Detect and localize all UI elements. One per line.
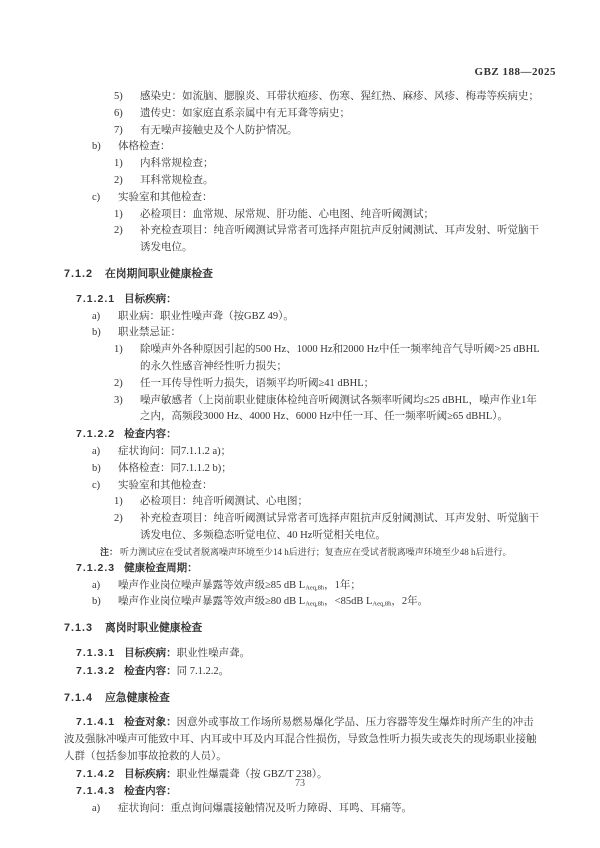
document-body: 5)感染史：如流脑、腮腺炎、耳带状疱疹、伤寒、猩红热、麻疹、风疹、梅毒等疾病史；… <box>64 89 542 818</box>
item-text: 职业病：职业性噪声聋（按GBZ 49）。 <box>118 309 542 326</box>
clause-title: 应急健康检查 <box>105 692 170 704</box>
list-item: b)职业禁忌证： <box>64 325 542 342</box>
subclause-number: 7.1.3.1 <box>76 647 115 659</box>
list-item: a)职业病：职业性噪声聋（按GBZ 49）。 <box>64 309 542 326</box>
item-label: 1) <box>114 207 140 224</box>
note-line: 注：听力测试应在受试者脱离噪声环境至少14 h后进行；复查应在受试者脱离噪声环境… <box>100 545 542 560</box>
list-item: c)实验室和其他检查： <box>64 478 542 495</box>
subclause-title: 健康检查周期： <box>124 562 198 574</box>
list-item: c)实验室和其他检查： <box>64 190 542 207</box>
item-label: b) <box>92 461 118 478</box>
subclause-number: 7.1.2.3 <box>76 562 115 574</box>
item-label: 7) <box>114 123 140 140</box>
item-label: 2) <box>114 173 140 190</box>
item-label: 1) <box>114 494 140 511</box>
list-item: 2)任一耳传导性听力损失，语频平均听阈≥41 dBHL； <box>64 376 542 393</box>
clause-heading: 7.1.4应急健康检查 <box>64 690 542 707</box>
list-item: 1)必检项目：纯音听阈测试、心电图； <box>64 494 542 511</box>
item-label: b) <box>92 139 118 156</box>
item-label: b) <box>92 325 118 342</box>
subclause-number: 7.1.3.2 <box>76 665 115 677</box>
item-label: c) <box>92 478 118 495</box>
item-label: 2) <box>114 223 140 257</box>
item-text: 任一耳传导性听力损失，语频平均听阈≥41 dBHL； <box>140 376 542 393</box>
item-text: 症状询问：同7.1.1.2 a)； <box>118 444 542 461</box>
subclause-heading: 7.1.2.3健康检查周期： <box>64 560 542 578</box>
note-label: 注： <box>100 545 120 560</box>
item-label: 2) <box>114 376 140 393</box>
item-label: 1) <box>114 156 140 173</box>
subclause-title: 检查对象： <box>124 716 177 728</box>
clause-number: 7.1.4 <box>64 692 93 704</box>
list-item: 1)除噪声外各种原因引起的500 Hz、1000 Hz和2000 Hz中任一频率… <box>64 342 542 376</box>
clause-number: 7.1.2 <box>64 268 93 280</box>
subclause-heading: 7.1.3.1目标疾病：职业性噪声聋。 <box>64 645 542 663</box>
item-text: 补充检查项目：纯音听阈测试异常者可选择声阻抗声反射阈测试、耳声发射、听觉脑干诱发… <box>140 223 542 257</box>
list-item: 2)耳科常规检查。 <box>64 173 542 190</box>
item-text: 体格检查：同7.1.1.2 b)； <box>118 461 542 478</box>
item-text: 噪声敏感者（上岗前职业健康体检纯音听阈测试各频率听阈均≤25 dBHL，噪声作业… <box>140 393 542 427</box>
list-item: a)噪声作业岗位噪声暴露等效声级≥85 dB LAeq,8h，1年； <box>64 578 542 595</box>
item-text: 耳科常规检查。 <box>140 173 542 190</box>
clause-heading: 7.1.2在岗期间职业健康检查 <box>64 266 542 283</box>
text-run: ，<85dB L <box>324 596 372 607</box>
document-page: GBZ 188—2025 5)感染史：如流脑、腮腺炎、耳带状疱疹、伤寒、猩红热、… <box>0 0 600 848</box>
item-text: 噪声作业岗位噪声暴露等效声级≥80 dB LAeq,8h，<85dB LAeq,… <box>118 594 542 611</box>
list-item: 2)补充检查项目：纯音听阈测试异常者可选择声阻抗声反射阈测试、耳声发射、听觉脑干… <box>64 223 542 257</box>
item-text: 实验室和其他检查： <box>118 478 542 495</box>
clause-heading: 7.1.3离岗时职业健康检查 <box>64 620 542 637</box>
clause-number: 7.1.3 <box>64 622 93 634</box>
item-label: 2) <box>114 511 140 545</box>
item-label: b) <box>92 594 118 611</box>
text-run: 噪声作业岗位噪声暴露等效声级≥80 dB L <box>118 596 305 607</box>
list-item: 7)有无噪声接触史及个人防护情况。 <box>64 123 542 140</box>
subclause-title: 目标疾病： <box>124 647 177 659</box>
clause-title: 在岗期间职业健康检查 <box>105 268 213 280</box>
item-text: 职业禁忌证： <box>118 325 542 342</box>
item-text: 必检项目：血常规、尿常规、肝功能、心电图、纯音听阈测试； <box>140 207 542 224</box>
item-text: 体格检查： <box>118 139 542 156</box>
subclause-number: 7.1.4.1 <box>76 716 115 728</box>
item-text: 感染史：如流脑、腮腺炎、耳带状疱疹、伤寒、猩红热、麻疹、风疹、梅毒等疾病史； <box>140 89 542 106</box>
subclause-number: 7.1.2.2 <box>76 428 115 440</box>
subclause-title: 检查内容： <box>124 665 177 677</box>
subscript-text: Aeq,8h <box>305 584 324 591</box>
subclause-text: 同 7.1.2.2。 <box>177 666 230 677</box>
item-label: 6) <box>114 106 140 123</box>
item-text: 遗传史：如家庭直系亲属中有无耳聋等病史； <box>140 106 542 123</box>
list-item: 1)必检项目：血常规、尿常规、肝功能、心电图、纯音听阈测试； <box>64 207 542 224</box>
subscript-text: Aeq,8h <box>305 601 324 608</box>
subclause-paragraph: 7.1.4.1检查对象：因意外或事故工作场所易燃易爆化学品、压力容器等发生爆炸时… <box>64 714 542 765</box>
list-item: 3)噪声敏感者（上岗前职业健康体检纯音听阈测试各频率听阈均≤25 dBHL，噪声… <box>64 393 542 427</box>
list-item: 5)感染史：如流脑、腮腺炎、耳带状疱疹、伤寒、猩红热、麻疹、风疹、梅毒等疾病史； <box>64 89 542 106</box>
page-number: 73 <box>0 778 600 789</box>
list-item: b)体格检查： <box>64 139 542 156</box>
list-item: b)噪声作业岗位噪声暴露等效声级≥80 dB LAeq,8h，<85dB LAe… <box>64 594 542 611</box>
list-item: 1)内科常规检查； <box>64 156 542 173</box>
item-label: a) <box>92 578 118 595</box>
item-label: a) <box>92 801 118 818</box>
item-text: 内科常规检查； <box>140 156 542 173</box>
page-header-standard-number: GBZ 188—2025 <box>475 66 556 78</box>
subscript-text: Aeq,8h <box>372 601 391 608</box>
subclause-heading: 7.1.2.2检查内容： <box>64 426 542 444</box>
item-text: 实验室和其他检查： <box>118 190 542 207</box>
list-item: b)体格检查：同7.1.1.2 b)； <box>64 461 542 478</box>
item-label: 3) <box>114 393 140 427</box>
subclause-number: 7.1.2.1 <box>76 293 115 305</box>
item-label: a) <box>92 309 118 326</box>
item-text: 必检项目：纯音听阈测试、心电图； <box>140 494 542 511</box>
text-run: ，1年； <box>324 580 361 591</box>
subclause-title: 检查内容： <box>124 428 177 440</box>
clause-title: 离岗时职业健康检查 <box>105 622 202 634</box>
note-text: 听力测试应在受试者脱离噪声环境至少14 h后进行；复查应在受试者脱离噪声环境至少… <box>120 545 542 560</box>
item-label: c) <box>92 190 118 207</box>
list-item: a)症状询问：重点询问爆震接触情况及听力障碍、耳鸣、耳痛等。 <box>64 801 542 818</box>
item-text: 除噪声外各种原因引起的500 Hz、1000 Hz和2000 Hz中任一频率纯音… <box>140 342 542 376</box>
subclause-title: 目标疾病： <box>124 293 177 305</box>
text-run: 噪声作业岗位噪声暴露等效声级≥85 dB L <box>118 580 305 591</box>
item-text: 有无噪声接触史及个人防护情况。 <box>140 123 542 140</box>
item-label: a) <box>92 444 118 461</box>
item-text: 症状询问：重点询问爆震接触情况及听力障碍、耳鸣、耳痛等。 <box>118 801 542 818</box>
item-label: 1) <box>114 342 140 376</box>
subclause-heading: 7.1.2.1目标疾病： <box>64 291 542 309</box>
subclause-text: 职业性噪声聋。 <box>177 648 251 659</box>
list-item: a)症状询问：同7.1.1.2 a)； <box>64 444 542 461</box>
text-run: ，2年。 <box>391 596 428 607</box>
list-item: 6)遗传史：如家庭直系亲属中有无耳聋等病史； <box>64 106 542 123</box>
subclause-heading: 7.1.3.2检查内容：同 7.1.2.2。 <box>64 663 542 681</box>
list-item: 2)补充检查项目：纯音听阈测试异常者可选择声阻抗声反射阈测试、耳声发射、听觉脑干… <box>64 511 542 545</box>
item-text: 补充检查项目：纯音听阈测试异常者可选择声阻抗声反射阈测试、耳声发射、听觉脑干诱发… <box>140 511 542 545</box>
item-label: 5) <box>114 89 140 106</box>
item-text: 噪声作业岗位噪声暴露等效声级≥85 dB LAeq,8h，1年； <box>118 578 542 595</box>
